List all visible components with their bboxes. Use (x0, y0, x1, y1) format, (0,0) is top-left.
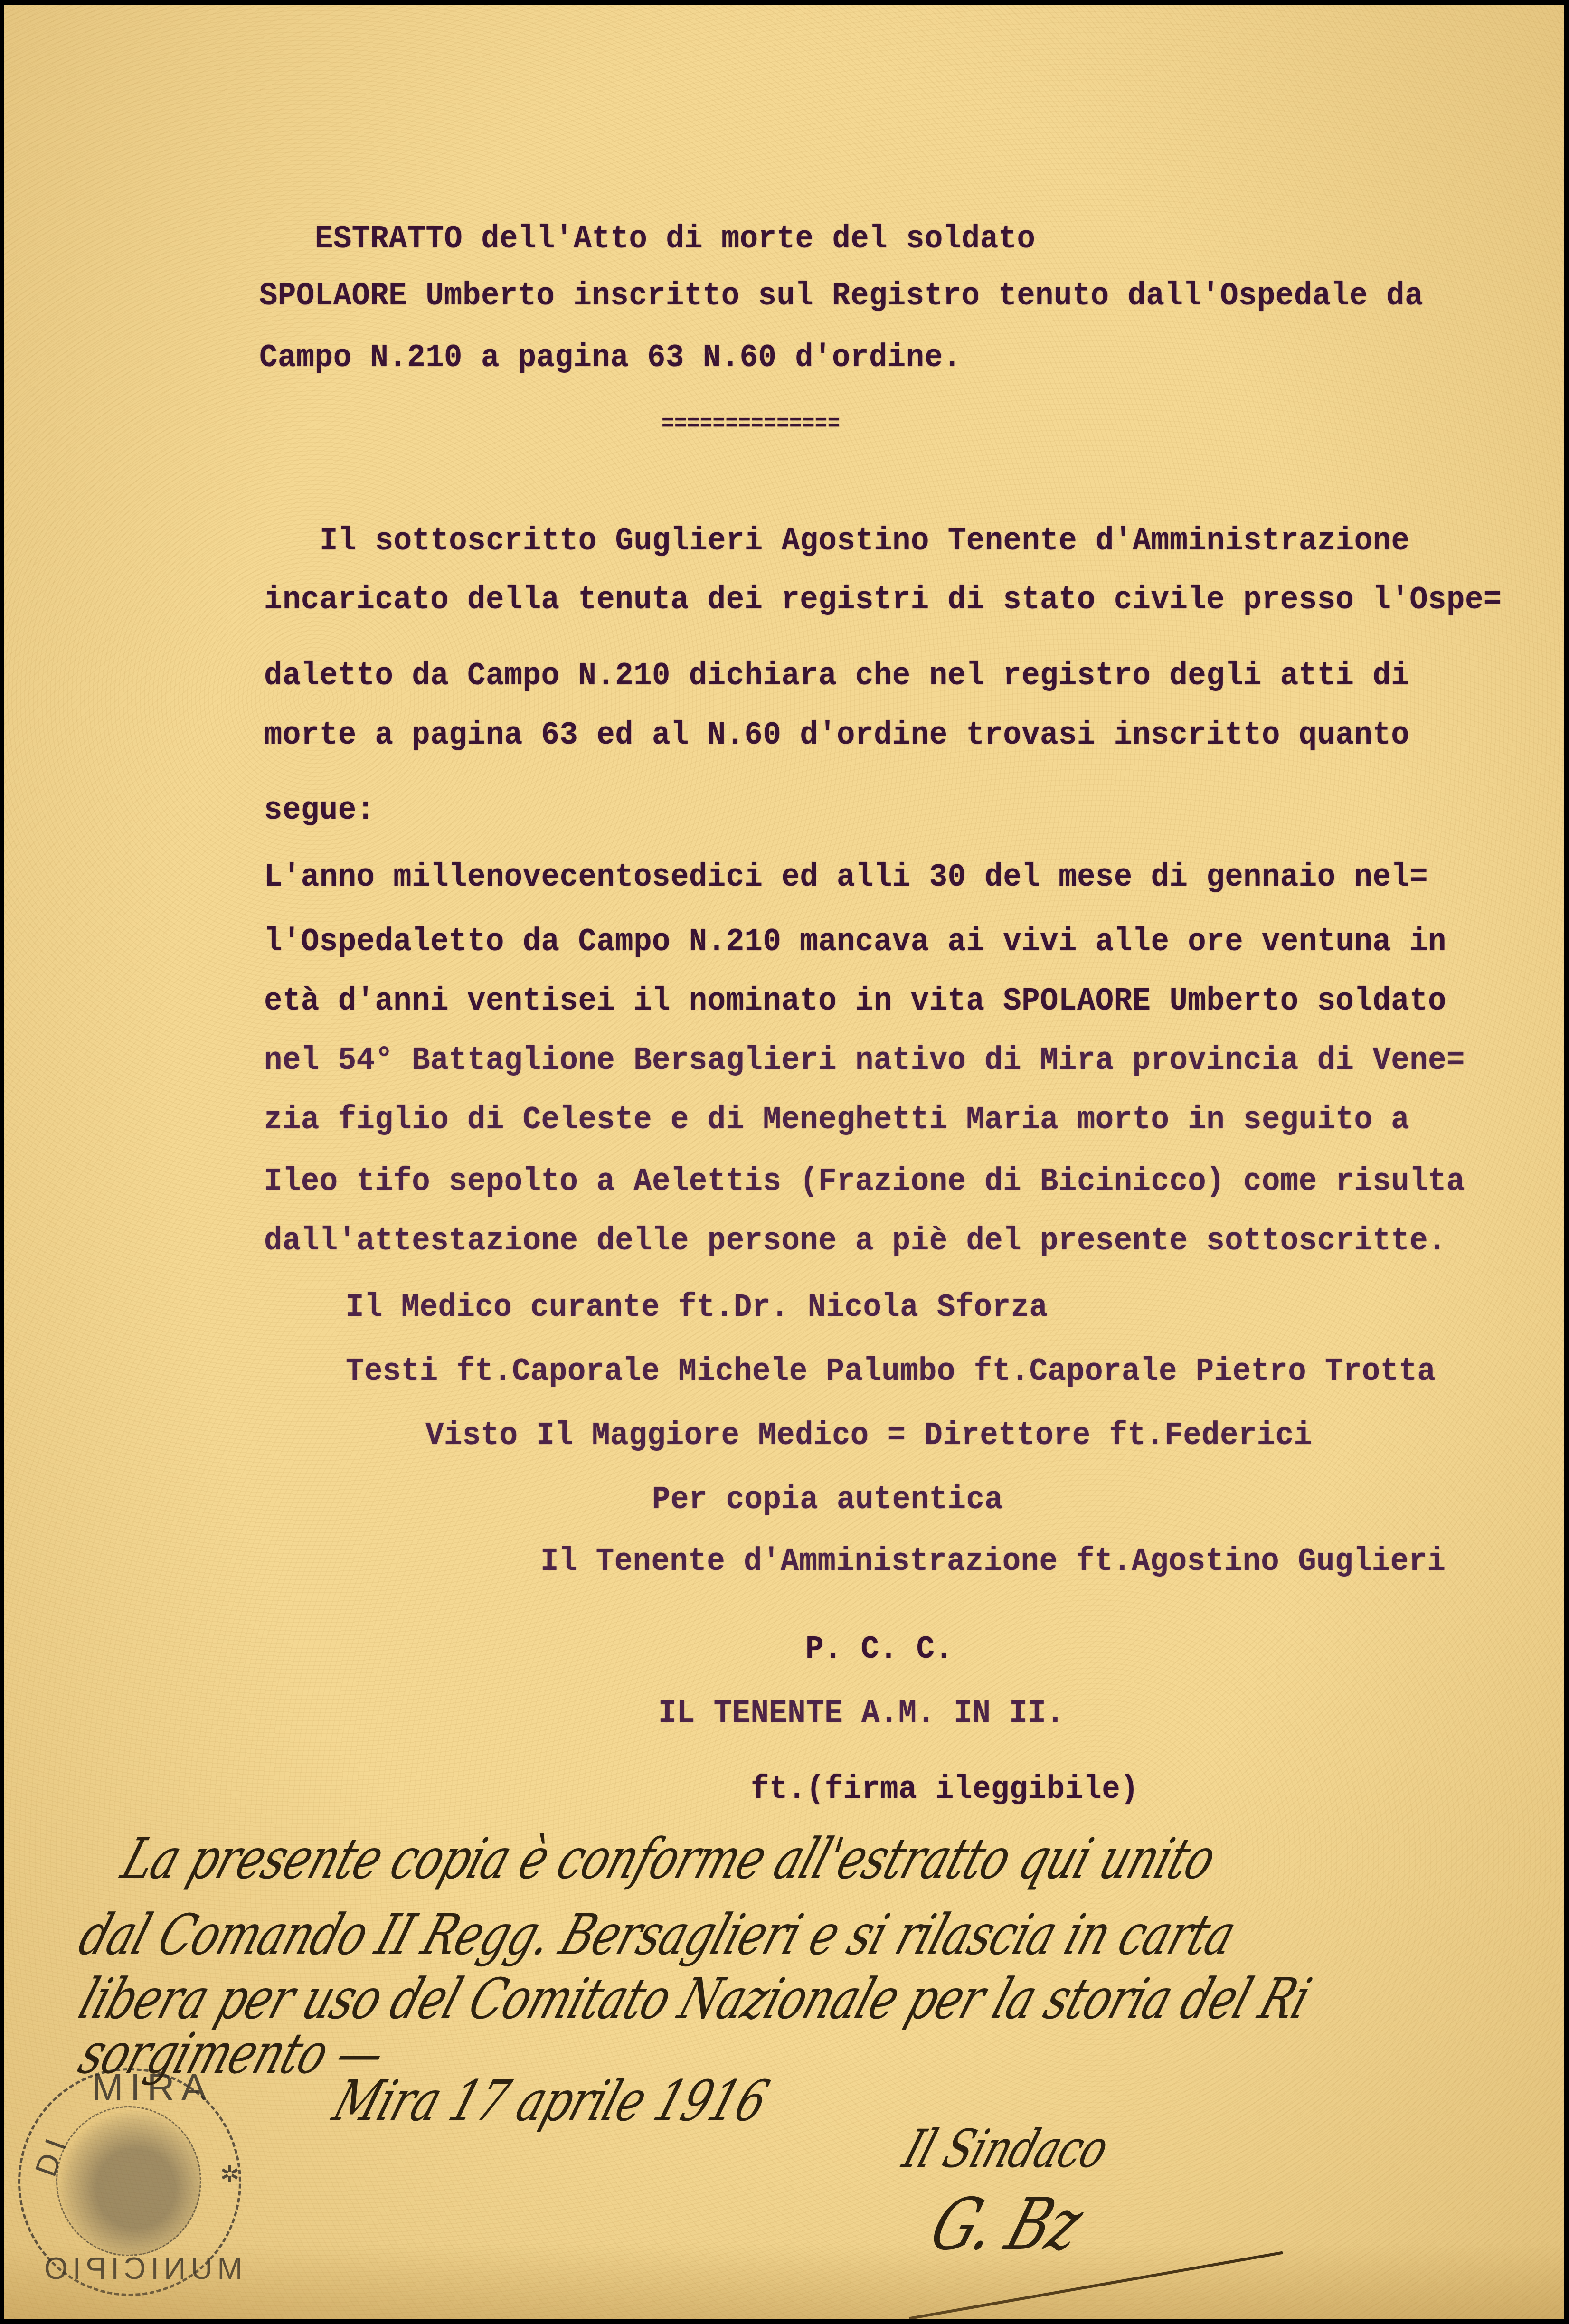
copia-autentica: Per copia autentica (652, 1483, 1003, 1516)
body-line: età d'anni ventisei il nominato in vita … (264, 985, 1446, 1018)
heading-line-3: Campo N.210 a pagina 63 N.60 d'ordine. (259, 341, 961, 374)
body-line: daletto da Campo N.210 dichiara che nel … (264, 660, 1409, 692)
signature-testi: Testi ft.Caporale Michele Palumbo ft.Cap… (346, 1355, 1436, 1388)
handwritten-line-1: La presente copia è conforme all'estratt… (116, 1831, 1222, 1887)
signature-tenente: Il Tenente d'Amministrazione ft.Agostino… (540, 1545, 1446, 1578)
handwritten-line-3: libera per uso del Comitato Nazionale pe… (73, 1971, 1317, 2027)
stamp-ornament-icon: ✲ (220, 2161, 240, 2188)
pcc-label: P. C. C. (805, 1633, 953, 1666)
body-line: Ileo tifo sepolto a Aelettis (Frazione d… (264, 1165, 1465, 1198)
certifying-officer: IL TENENTE A.M. IN II. (658, 1697, 1065, 1730)
illegible-signature-note: ft.(firma ileggibile) (751, 1773, 1139, 1806)
body-line: morte a pagina 63 ed al N.60 d'ordine tr… (264, 719, 1409, 752)
heading-line-1: ESTRATTO dell'Atto di morte del soldato (315, 223, 1035, 255)
body-line: Il sottoscritto Guglieri Agostino Tenent… (320, 525, 1409, 557)
document-page: ESTRATTO dell'Atto di morte del soldato … (4, 5, 1564, 2319)
body-line: L'anno millenovecentosedici ed alli 30 d… (264, 861, 1428, 894)
heading-line-2: SPOLAORE Umberto inscritto sul Registro … (259, 280, 1423, 312)
handwritten-line-2: dal Comando II Regg. Bersaglieri e si ri… (73, 1907, 1242, 1963)
signature-visto: Visto Il Maggiore Medico = Direttore ft.… (425, 1419, 1313, 1452)
body-line: incaricato della tenuta dei registri di … (264, 584, 1502, 616)
stamp-emblem (56, 2106, 201, 2256)
heading-rule: ============== (662, 413, 841, 436)
body-line: zia figlio di Celeste e di Meneghetti Ma… (264, 1104, 1409, 1136)
sindaco-title: Il Sindaco (898, 2123, 1114, 2175)
body-line: l'Ospedaletto da Campo N.210 mancava ai … (264, 926, 1446, 958)
handwritten-date: Mira 17 aprile 1916 (327, 2073, 775, 2129)
signature-medico: Il Medico curante ft.Dr. Nicola Sforza (346, 1291, 1048, 1324)
body-line: nel 54° Battaglione Bersaglieri nativo d… (264, 1044, 1465, 1077)
paper-edge-shading (4, 2243, 1564, 2319)
body-line: segue: (264, 794, 375, 827)
body-line: dall'attestazione delle persone a piè de… (264, 1225, 1446, 1257)
handwritten-line-4: sorgimento — (73, 2025, 391, 2081)
